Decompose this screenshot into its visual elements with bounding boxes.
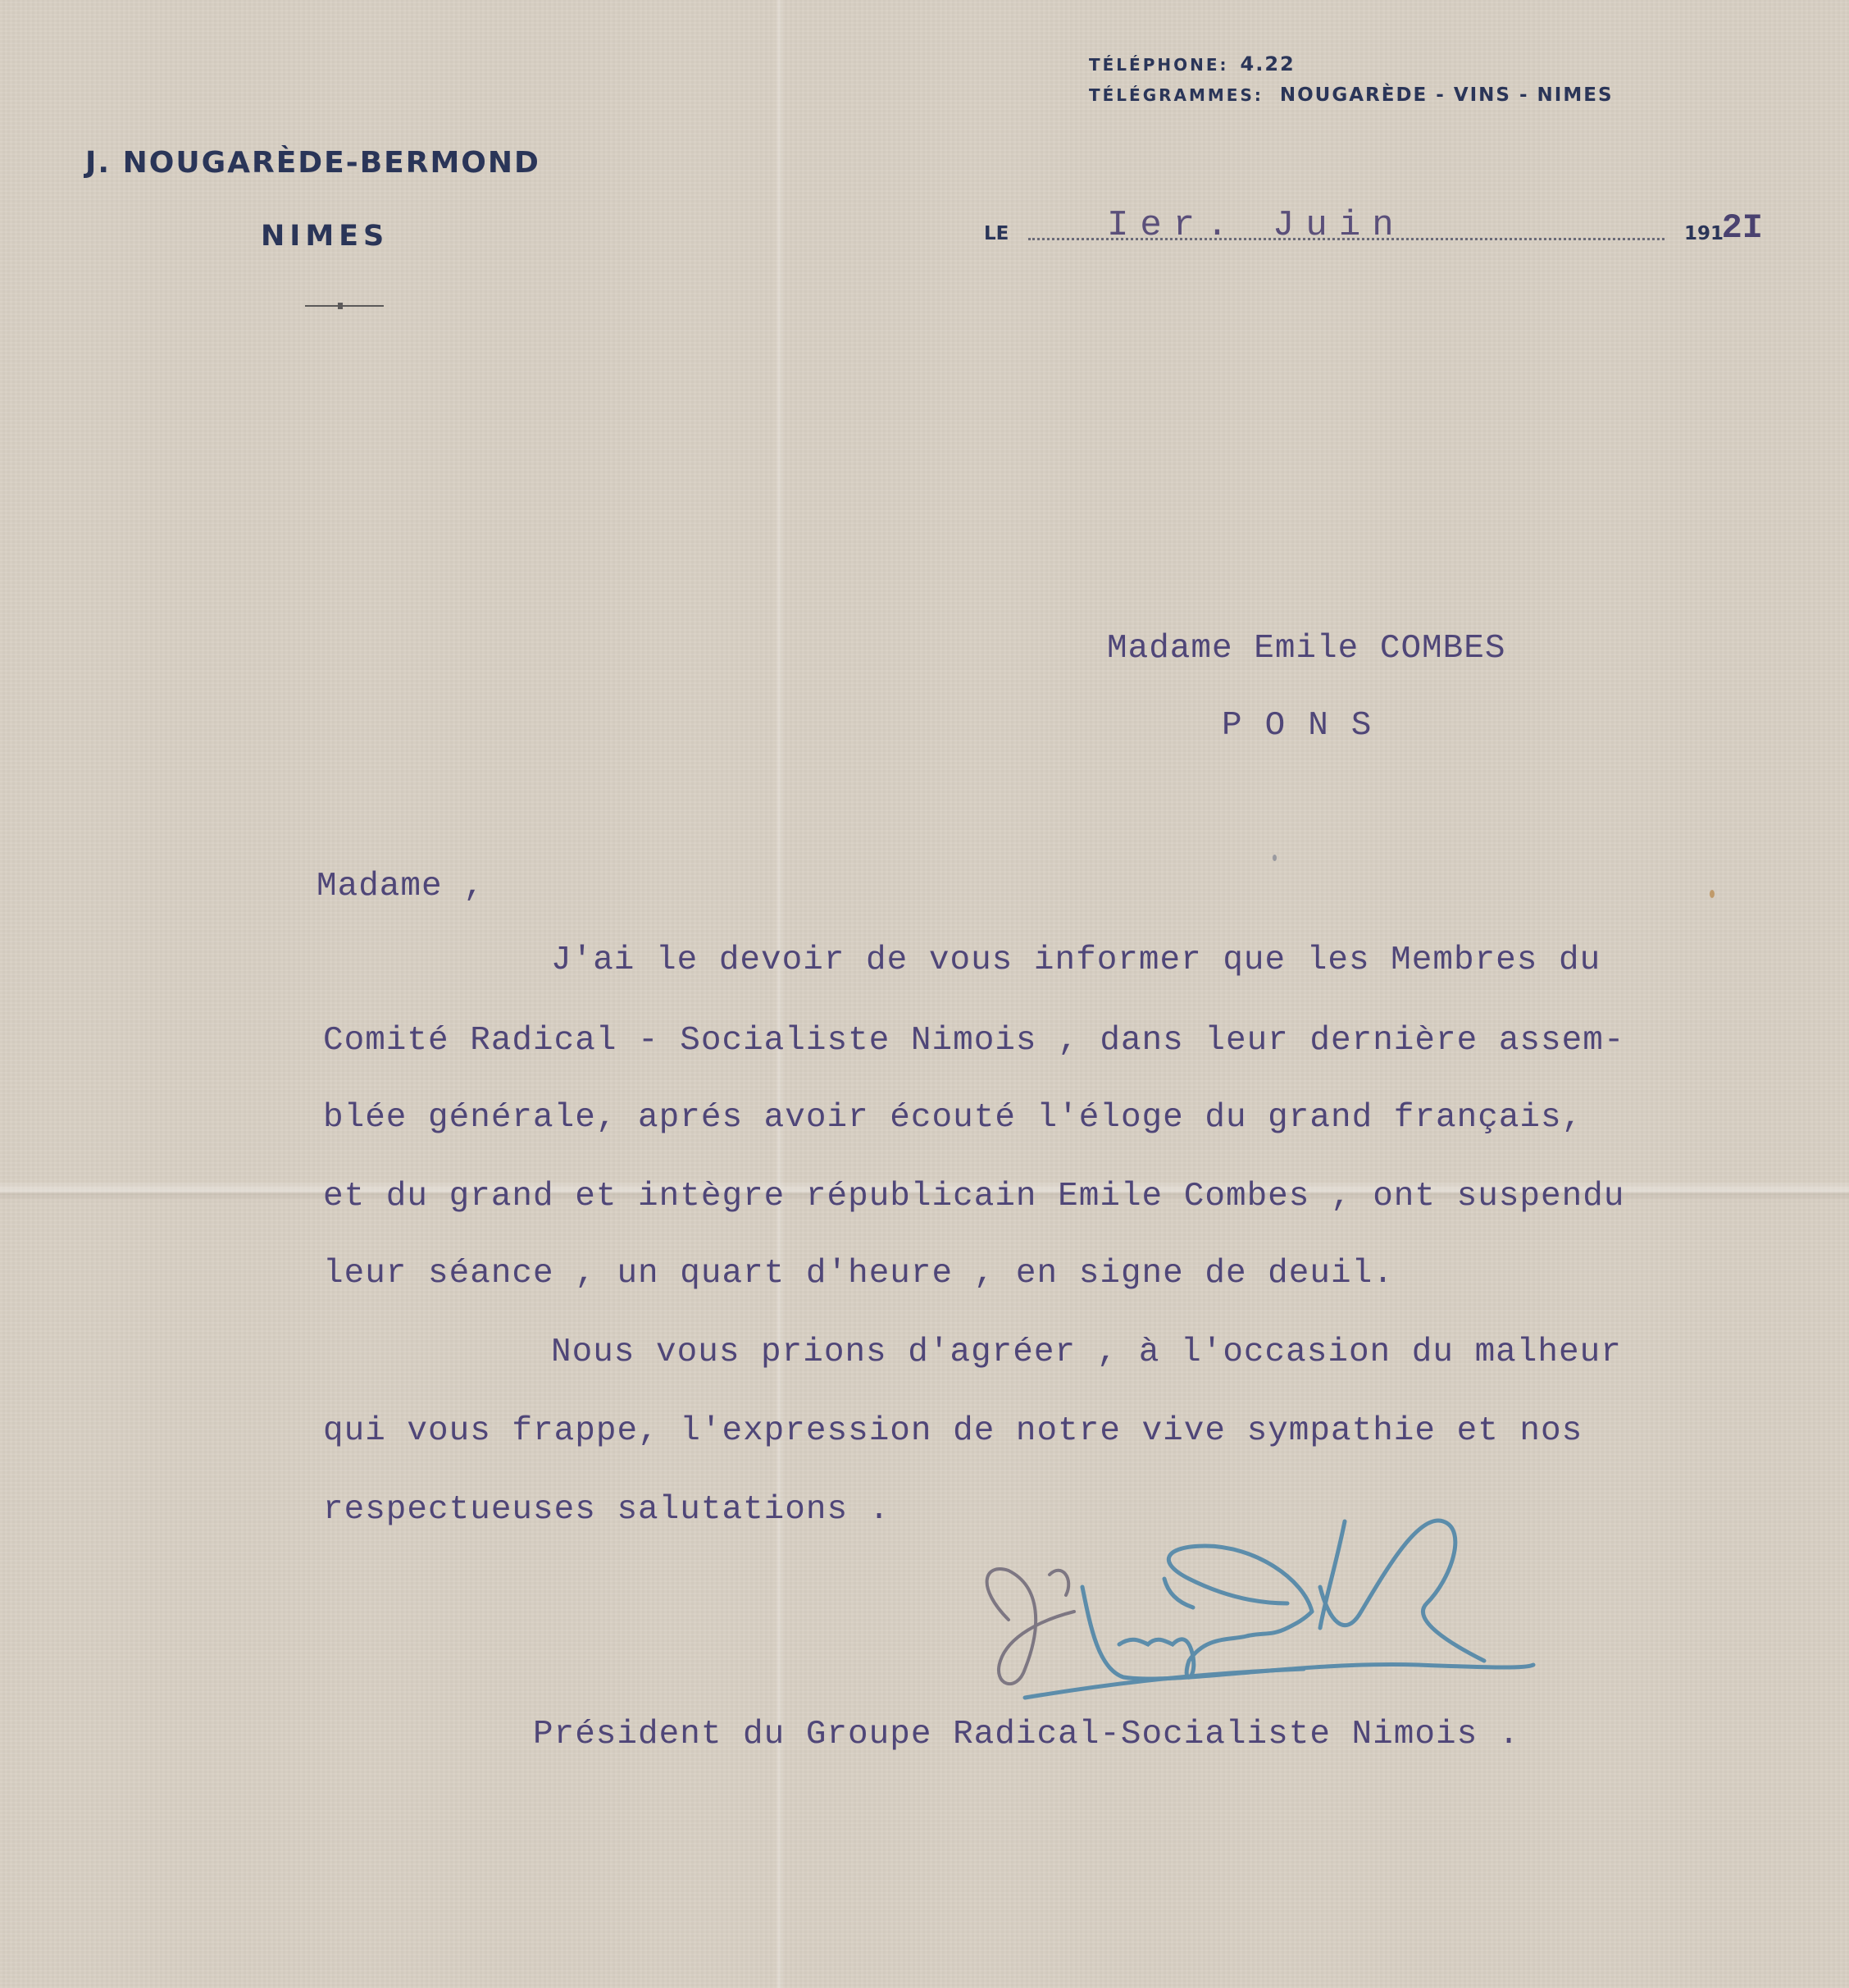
- telephone-value: 4.22: [1241, 52, 1296, 75]
- telegrams-value: NOUGARÈDE - VINS - NIMES: [1280, 84, 1614, 106]
- paper-speck: [1273, 855, 1277, 861]
- company-name: J. NOUGARÈDE-BERMOND: [85, 146, 540, 180]
- body-line: Nous vous prions d'agréer , à l'occasion…: [551, 1334, 1622, 1371]
- recipient-name: Madame Emile COMBES: [1107, 630, 1505, 668]
- recipient-city: PONS: [1222, 707, 1394, 745]
- date-line: LE Ier. Juin 191 2I: [984, 205, 1788, 246]
- letterhead-telephone: TÉLÉPHONE:4.22: [1089, 52, 1296, 75]
- body-line: respectueuses salutations .: [323, 1491, 890, 1529]
- closing-title: Président du Groupe Radical-Socialiste N…: [533, 1716, 1519, 1753]
- company-city: NIMES: [261, 220, 389, 253]
- telegrams-label: TÉLÉGRAMMES:: [1089, 85, 1264, 105]
- date-year-typed: 2I: [1722, 208, 1763, 248]
- date-year-printed: 191: [1684, 223, 1724, 244]
- handwritten-signature-icon: [959, 1497, 1583, 1710]
- body-line: leur séance , un quart d'heure , en sign…: [323, 1255, 1394, 1293]
- body-line: Comité Radical - Socialiste Nimois , dan…: [323, 1022, 1624, 1060]
- date-day-month: Ier. Juin: [1107, 205, 1405, 246]
- body-line: blée générale, aprés avoir écouté l'élog…: [323, 1099, 1583, 1137]
- body-line: qui vous frappe, l'expression de notre v…: [323, 1412, 1583, 1450]
- salutation: Madame ,: [317, 868, 485, 905]
- telephone-label: TÉLÉPHONE:: [1089, 55, 1229, 75]
- letterhead-telegrams: TÉLÉGRAMMES:NOUGARÈDE - VINS - NIMES: [1089, 84, 1614, 106]
- date-prefix: LE: [984, 223, 1009, 244]
- body-line: J'ai le devoir de vous informer que les …: [551, 942, 1601, 979]
- paper-stain: [1710, 890, 1715, 898]
- letter-page: TÉLÉPHONE:4.22 TÉLÉGRAMMES:NOUGARÈDE - V…: [0, 0, 1849, 1988]
- ornament-divider-icon: [305, 305, 384, 307]
- body-line: et du grand et intègre républicain Emile…: [323, 1178, 1624, 1215]
